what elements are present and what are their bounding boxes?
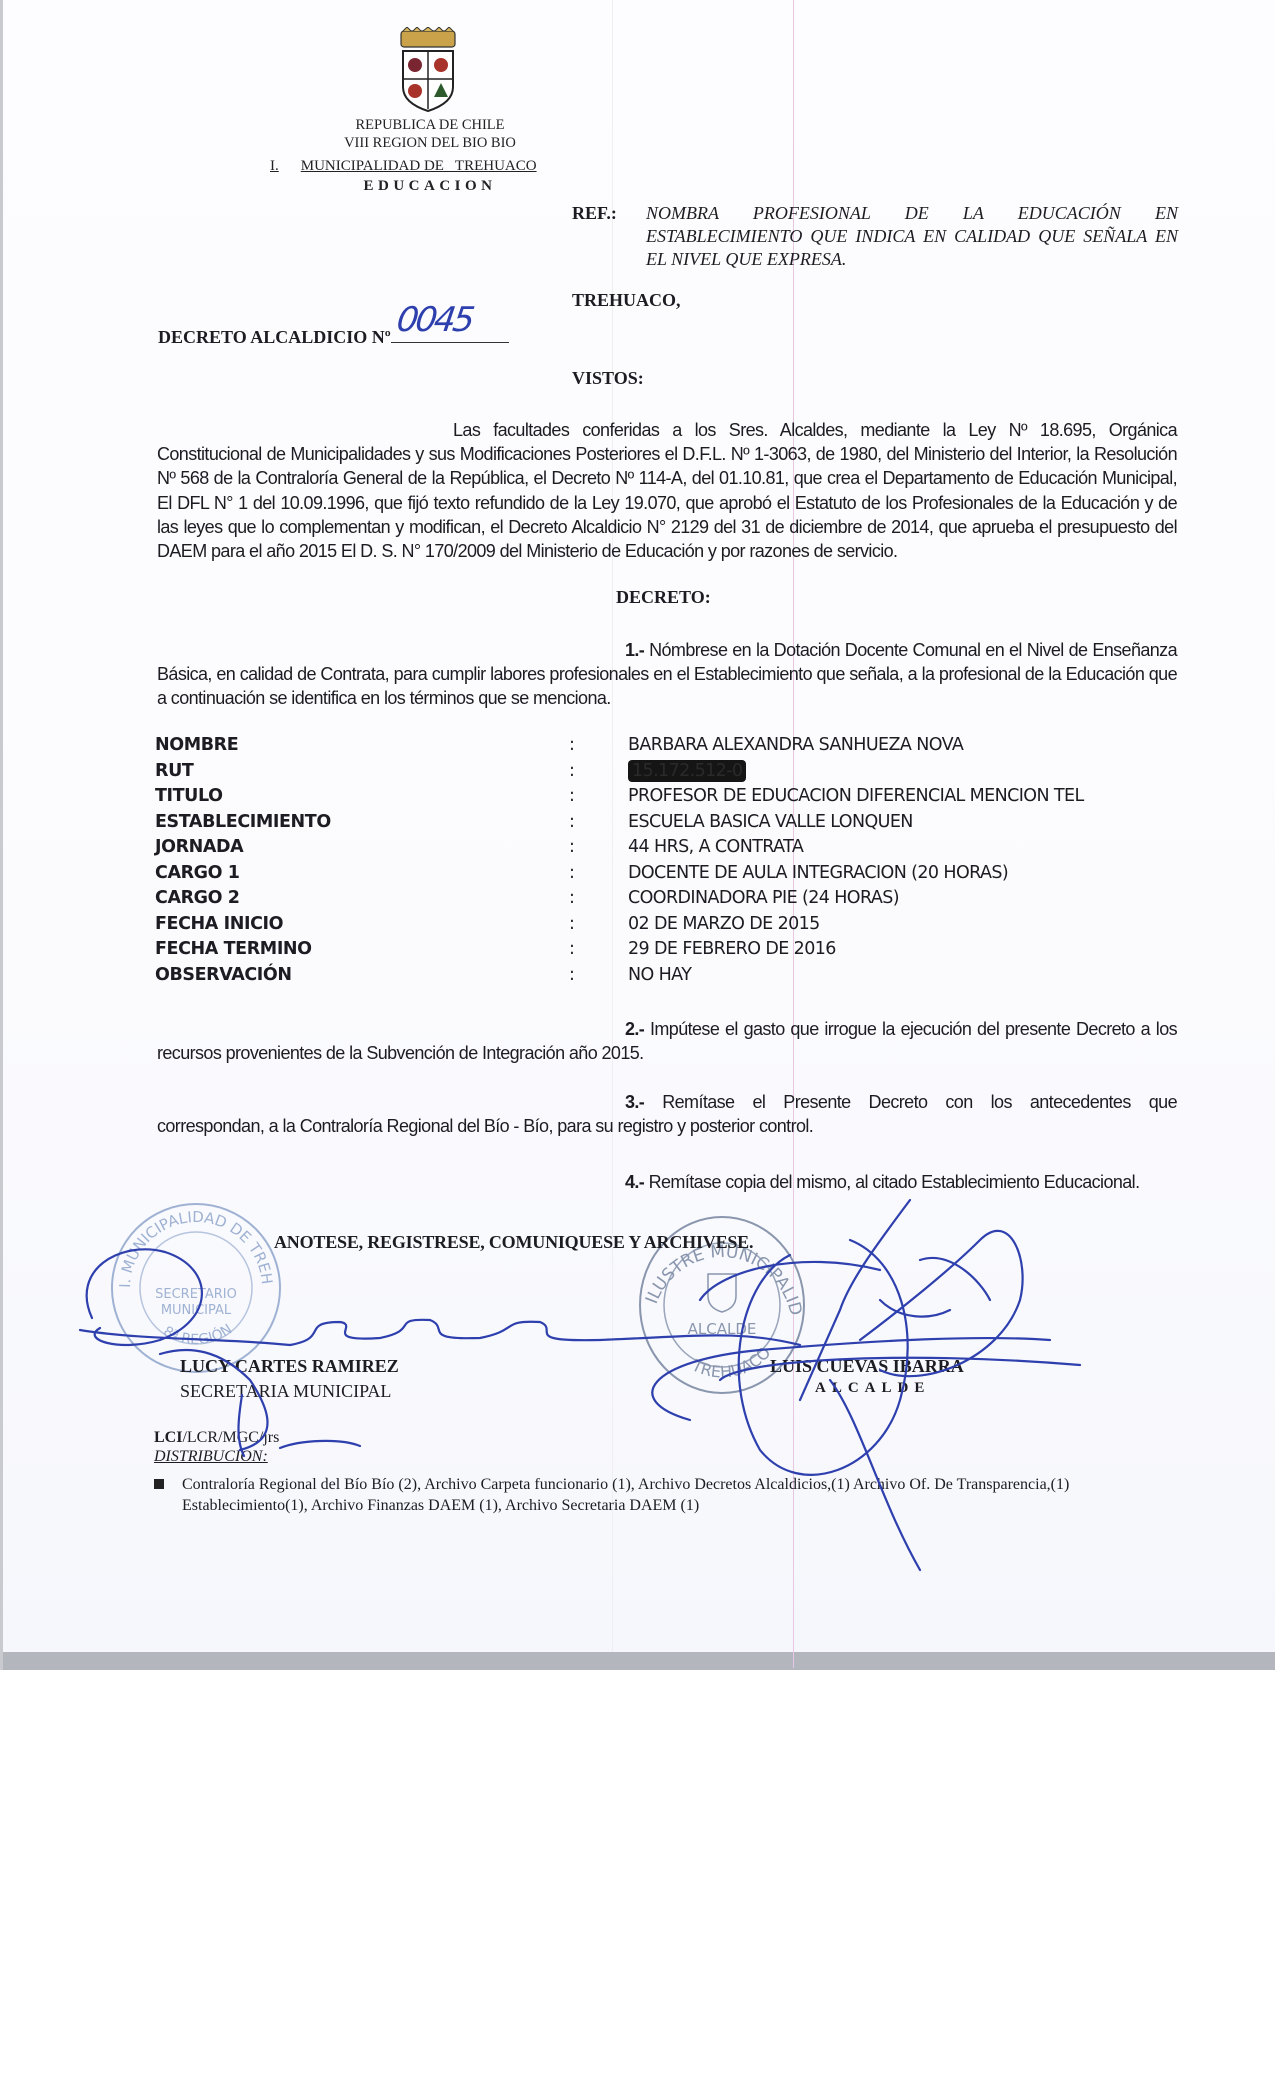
field-separator: : <box>569 733 575 759</box>
article-text: Remítase copia del mismo, al citado Esta… <box>649 1172 1140 1192</box>
field-separator: : <box>569 810 575 836</box>
field-value: PROFESOR DE EDUCACION DIFERENCIAL MENCIO… <box>628 784 1084 810</box>
field-value: DOCENTE DE AULA INTEGRACION (20 HORAS) <box>628 861 1008 887</box>
ref-text-line1: NOMBRA PROFESIONAL DE LA EDUCACIÓN EN <box>646 202 1178 225</box>
mayor-name: LUIS CUEVAS IBARRA <box>770 1356 964 1377</box>
field-value-redacted: 15.172.512-0 <box>628 759 746 785</box>
field-row: NOMBRE:BARBARA ALEXANDRA SANHUEZA NOVA <box>155 733 1185 759</box>
field-label: FECHA INICIO <box>155 912 283 938</box>
article-1: 1.- Nómbrese en la Dotación Docente Comu… <box>157 638 1177 711</box>
article-text: Remítase el Presente Decreto con los ant… <box>157 1092 1177 1136</box>
coat-of-arms-icon <box>397 27 459 113</box>
field-label: CARGO 1 <box>155 861 240 887</box>
field-separator: : <box>569 937 575 963</box>
secretary-role: SECRETARIA MUNICIPAL <box>180 1381 391 1402</box>
scan-edge-left <box>0 0 3 1670</box>
decree-number-field: 0045 <box>391 328 509 343</box>
appointment-details: NOMBRE:BARBARA ALEXANDRA SANHUEZA NOVARU… <box>155 733 1185 988</box>
article-3: 3.- Remítase el Presente Decreto con los… <box>157 1090 1177 1138</box>
header-region: VIII REGION DEL BIO BIO <box>260 135 600 152</box>
field-label: RUT <box>155 759 193 785</box>
field-row: CARGO 1:DOCENTE DE AULA INTEGRACION (20 … <box>155 861 1185 887</box>
header-municipality: I.MUNICIPALIDAD DE TREHUACO <box>270 158 590 175</box>
secretary-name: LUCY CARTES RAMIREZ <box>180 1356 399 1377</box>
decreto-title: DECRETO: <box>616 587 711 608</box>
field-value: NO HAY <box>628 963 691 989</box>
field-row: FECHA TERMINO:29 DE FEBRERO DE 2016 <box>155 937 1185 963</box>
field-value: 29 DE FEBRERO DE 2016 <box>628 937 836 963</box>
field-separator: : <box>569 784 575 810</box>
article-4: 4.- Remítase copia del mismo, al citado … <box>157 1163 1177 1201</box>
field-row: TITULO:PROFESOR DE EDUCACION DIFERENCIAL… <box>155 784 1185 810</box>
decree-number-label: DECRETO ALCALDICIO Nº <box>158 327 391 347</box>
initials-bold: LCI <box>154 1429 182 1446</box>
field-value: 44 HRS, A CONTRATA <box>628 835 803 861</box>
field-separator: : <box>569 886 575 912</box>
field-separator: : <box>569 861 575 887</box>
article-number: 3.- <box>625 1092 644 1112</box>
field-label: JORNADA <box>155 835 243 861</box>
article-number: 1.- <box>625 640 644 660</box>
ref-text: NOMBRA PROFESIONAL DE LA EDUCACIÓN EN ES… <box>646 202 1178 271</box>
header-prefix: I. <box>270 158 279 174</box>
field-row: ESTABLECIMIENTO:ESCUELA BASICA VALLE LON… <box>155 810 1185 836</box>
field-label: CARGO 2 <box>155 886 240 912</box>
field-label: FECHA TERMINO <box>155 937 312 963</box>
field-row: OBSERVACIÓN:NO HAY <box>155 963 1185 989</box>
field-separator: : <box>569 835 575 861</box>
field-row: FECHA INICIO:02 DE MARZO DE 2015 <box>155 912 1185 938</box>
article-number: 2.- <box>625 1019 644 1039</box>
field-separator: : <box>569 912 575 938</box>
article-number: 4.- <box>625 1172 644 1192</box>
mayor-role: ALCALDE <box>815 1380 930 1397</box>
field-row: CARGO 2:COORDINADORA PIE (24 HORAS) <box>155 886 1185 912</box>
article-text: Impútese el gasto que irrogue la ejecuci… <box>157 1019 1177 1063</box>
reference-initials: LCI/LCR/MGC/jrs <box>154 1429 279 1447</box>
distribution-list: Contraloría Regional del Bío Bío (2), Ar… <box>154 1474 1184 1516</box>
field-label: OBSERVACIÓN <box>155 963 292 989</box>
field-value: BARBARA ALEXANDRA SANHUEZA NOVA <box>628 733 963 759</box>
field-label: ESTABLECIMIENTO <box>155 810 331 836</box>
field-label: NOMBRE <box>155 733 238 759</box>
place: TREHUACO, <box>572 290 681 311</box>
ref-label: REF.: <box>572 203 617 224</box>
header-municipality-name: MUNICIPALIDAD DE TREHUACO <box>301 158 537 174</box>
vistos-title: VISTOS: <box>572 368 644 389</box>
decree-number-handwritten: 0045 <box>394 300 474 340</box>
scan-edge-shadow <box>0 1652 1275 1670</box>
initials-rest: /LCR/MGC/jrs <box>182 1429 279 1446</box>
article-text: Nómbrese en la Dotación Docente Comunal … <box>157 640 1177 708</box>
redaction-block: 15.172.512-0 <box>628 760 746 782</box>
bullet-icon <box>154 1479 164 1489</box>
article-2: 2.- Impútese el gasto que irrogue la eje… <box>157 1017 1177 1065</box>
field-separator: : <box>569 963 575 989</box>
field-label: TITULO <box>155 784 223 810</box>
field-value: COORDINADORA PIE (24 HORAS) <box>628 886 899 912</box>
closing-formula: ANOTESE, REGISTRESE, COMUNIQUESE Y ARCHI… <box>274 1232 753 1253</box>
field-value: 02 DE MARZO DE 2015 <box>628 912 820 938</box>
distribution-text: Contraloría Regional del Bío Bío (2), Ar… <box>182 1474 1184 1516</box>
decree-number: DECRETO ALCALDICIO Nº0045 <box>158 327 509 348</box>
field-separator: : <box>569 759 575 785</box>
header-republic: REPUBLICA DE CHILE <box>260 117 600 134</box>
ref-text-rest: ESTABLECIMIENTO QUE INDICA EN CALIDAD QU… <box>646 226 1178 269</box>
vistos-body: Las facultades conferidas a los Sres. Al… <box>157 420 1177 561</box>
header-department: EDUCACION <box>260 178 600 195</box>
field-row: RUT:15.172.512-0 <box>155 759 1185 785</box>
field-value: ESCUELA BASICA VALLE LONQUEN <box>628 810 913 836</box>
vistos-text: Las facultades conferidas a los Sres. Al… <box>157 418 1177 563</box>
distribution-title: DISTRIBUCION: <box>154 1448 268 1466</box>
field-row: JORNADA:44 HRS, A CONTRATA <box>155 835 1185 861</box>
